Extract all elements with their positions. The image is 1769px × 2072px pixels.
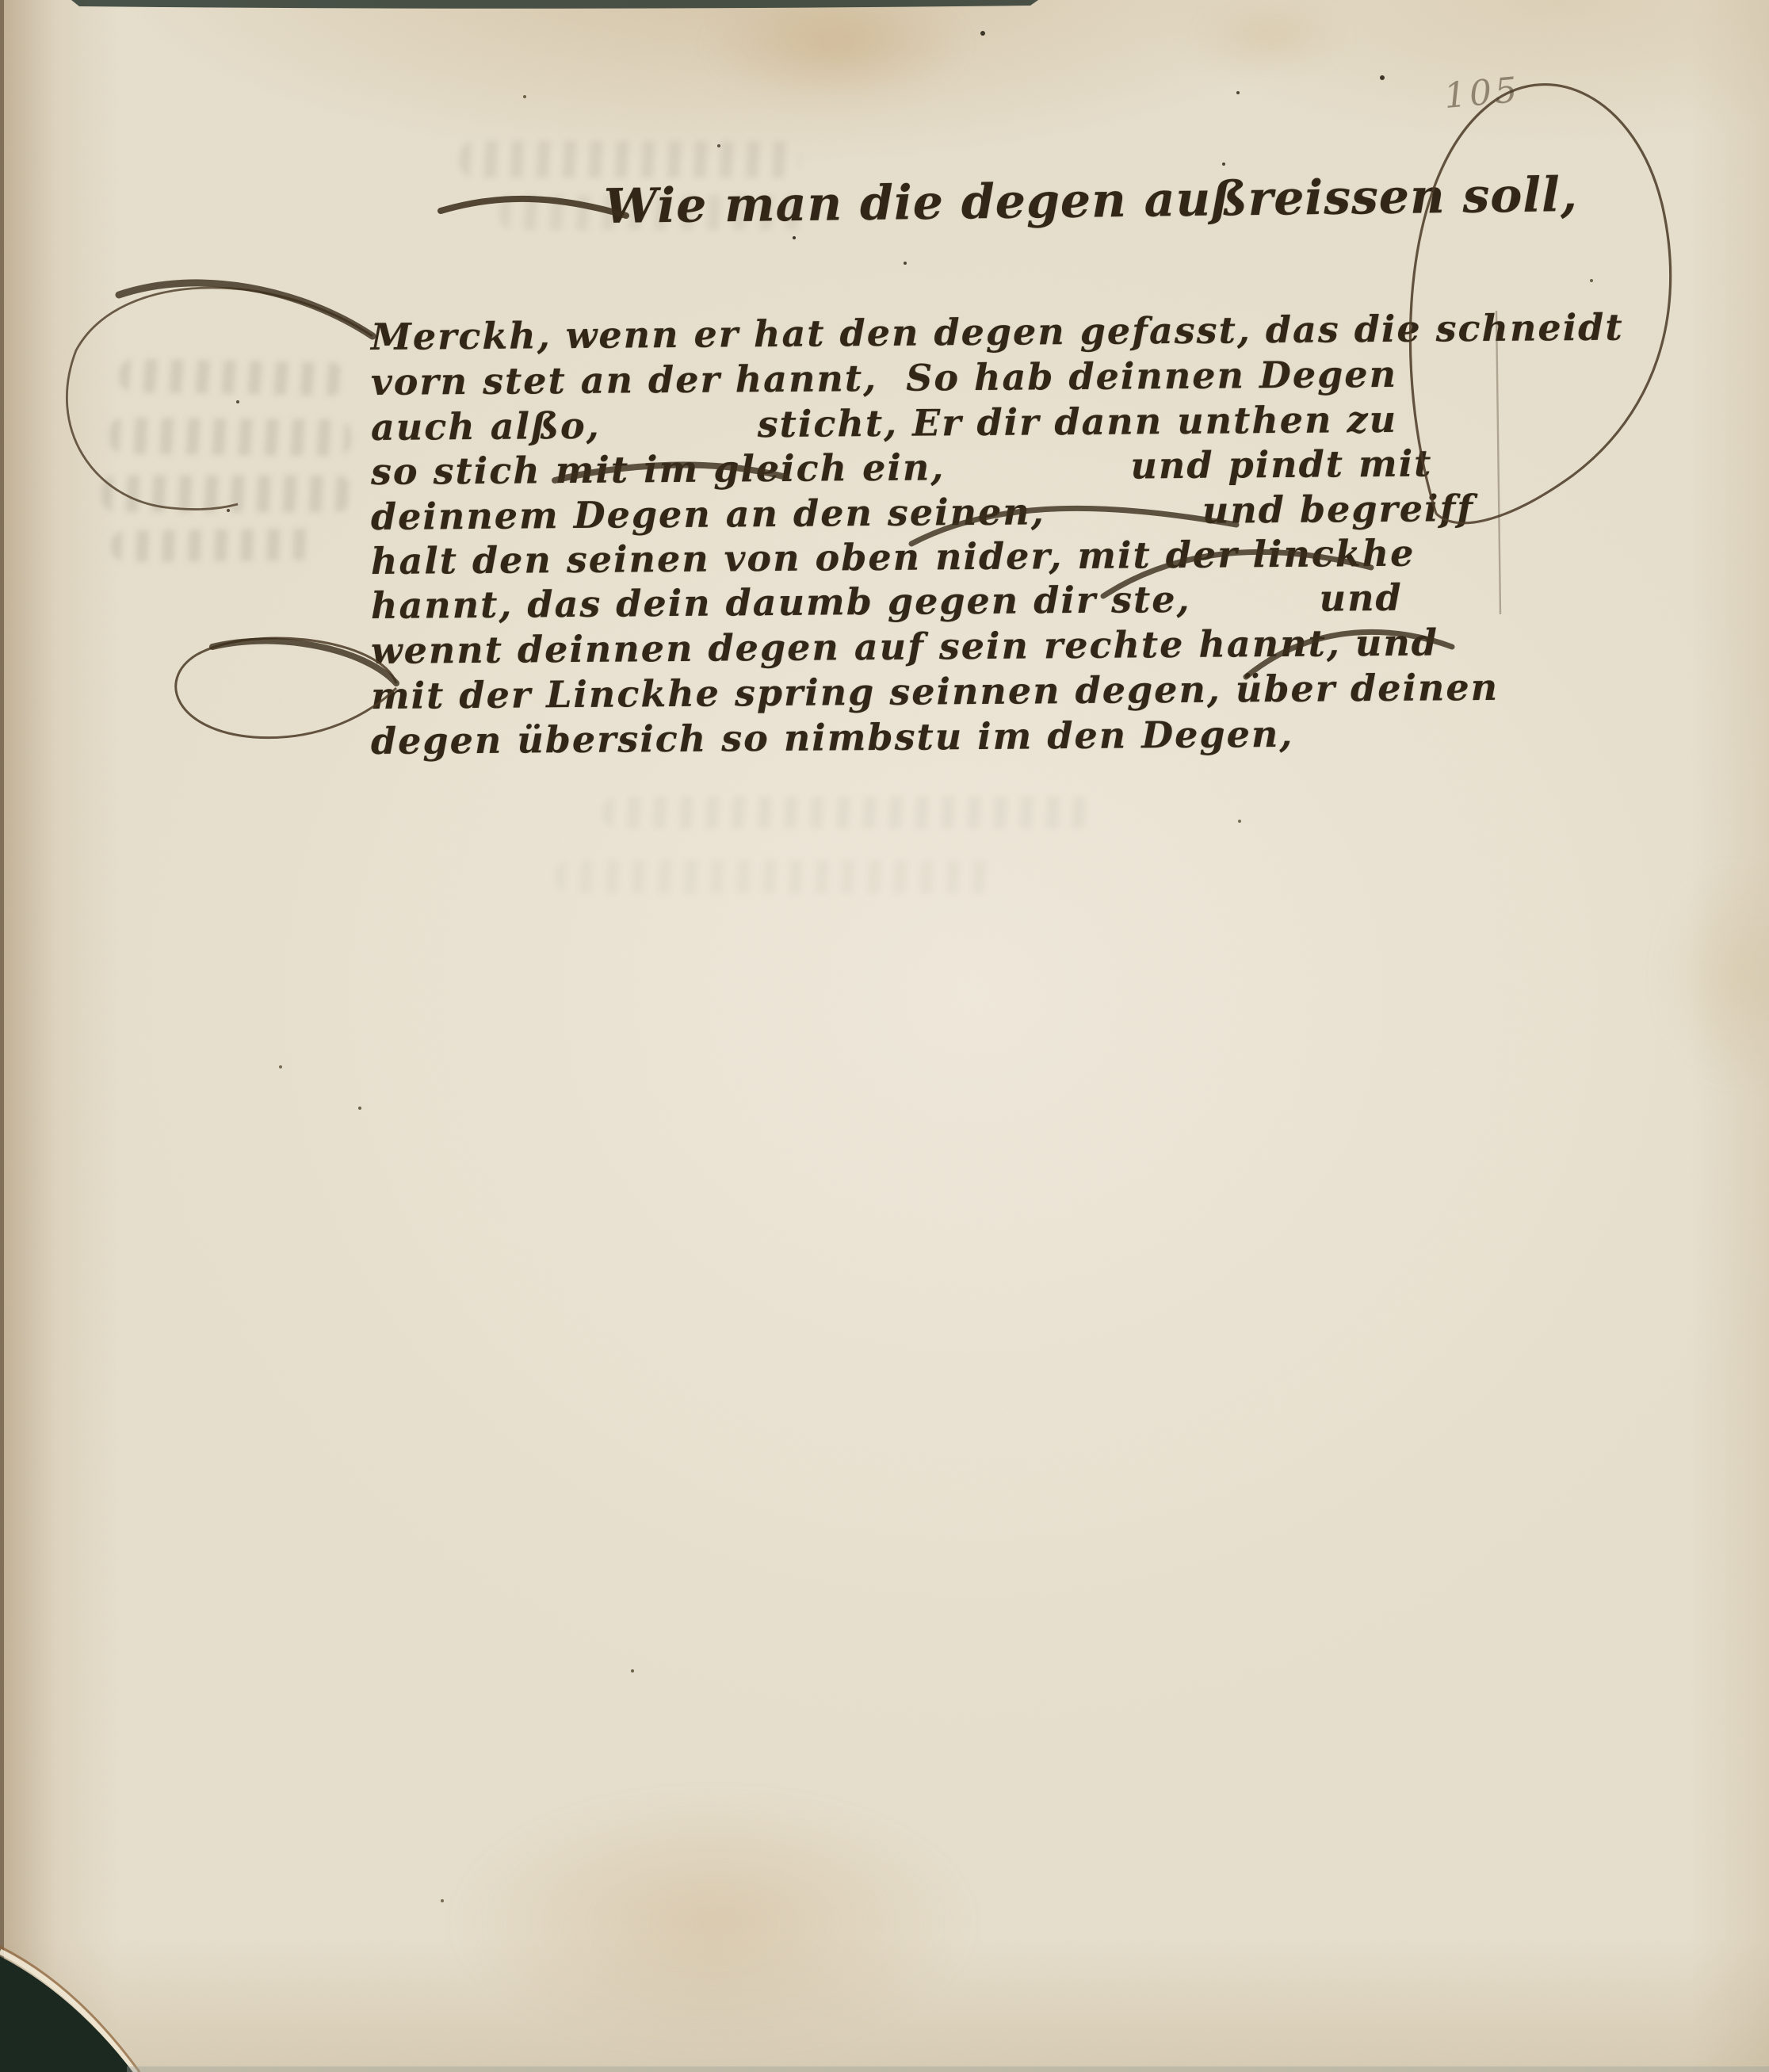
bottom-scanner-edge	[127, 2066, 1769, 2072]
paper-grain-texture	[0, 0, 1769, 2072]
left-binding-edge	[0, 0, 4, 2072]
manuscript-page-scan: 105 Wie man die degen außreissen soll, M…	[0, 0, 1769, 2072]
page-decoration-layer	[0, 0, 1769, 2072]
